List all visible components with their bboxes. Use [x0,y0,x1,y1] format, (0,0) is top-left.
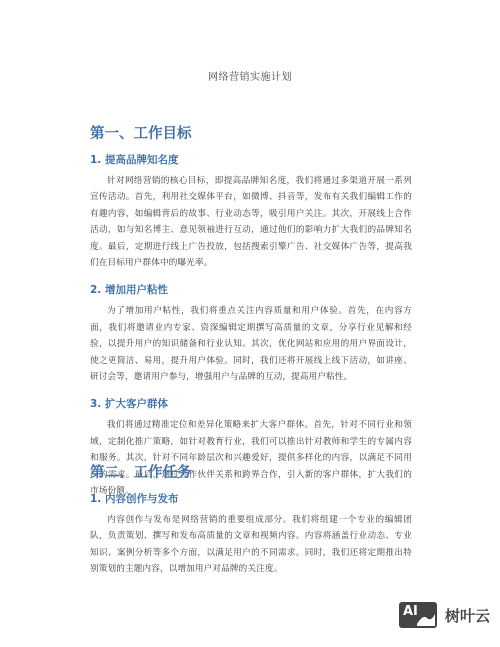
brand-name: 树叶云 [445,605,490,626]
subsection-heading: 1. 内容创作与发布 [90,491,412,507]
watermark-logo: AI 树叶云 [399,600,490,630]
paragraph: 为了增加用户粘性，我们将重点关注内容质量和用户体验。首先，在内容方面，我们将邀请… [90,303,412,385]
ai-image-icon: AI [399,602,437,628]
paragraph: 针对网络营销的核心目标，即提高品牌知名度，我们将通过多渠道开展一系列宣传活动。首… [90,173,412,271]
section-work-goals: 第一、工作目标 1. 提高品牌知名度 针对网络营销的核心目标，即提高品牌知名度，… [90,124,412,500]
subsection-heading: 1. 提高品牌知名度 [90,152,412,168]
section-heading: 第二、工作任务 [90,463,412,483]
document-title: 网络营销实施计划 [0,68,500,83]
section-heading: 第一、工作目标 [90,124,412,144]
paragraph: 内容创作与发布是网络营销的重要组成部分。我们将组建一个专业的编辑团队，负责策划、… [90,512,412,578]
subsection-heading: 2. 增加用户粘性 [90,282,412,298]
section-work-tasks: 第二、工作任务 1. 内容创作与发布 内容创作与发布是网络营销的重要组成部分。我… [90,463,412,578]
subsection-heading: 3. 扩大客户群体 [90,396,412,412]
